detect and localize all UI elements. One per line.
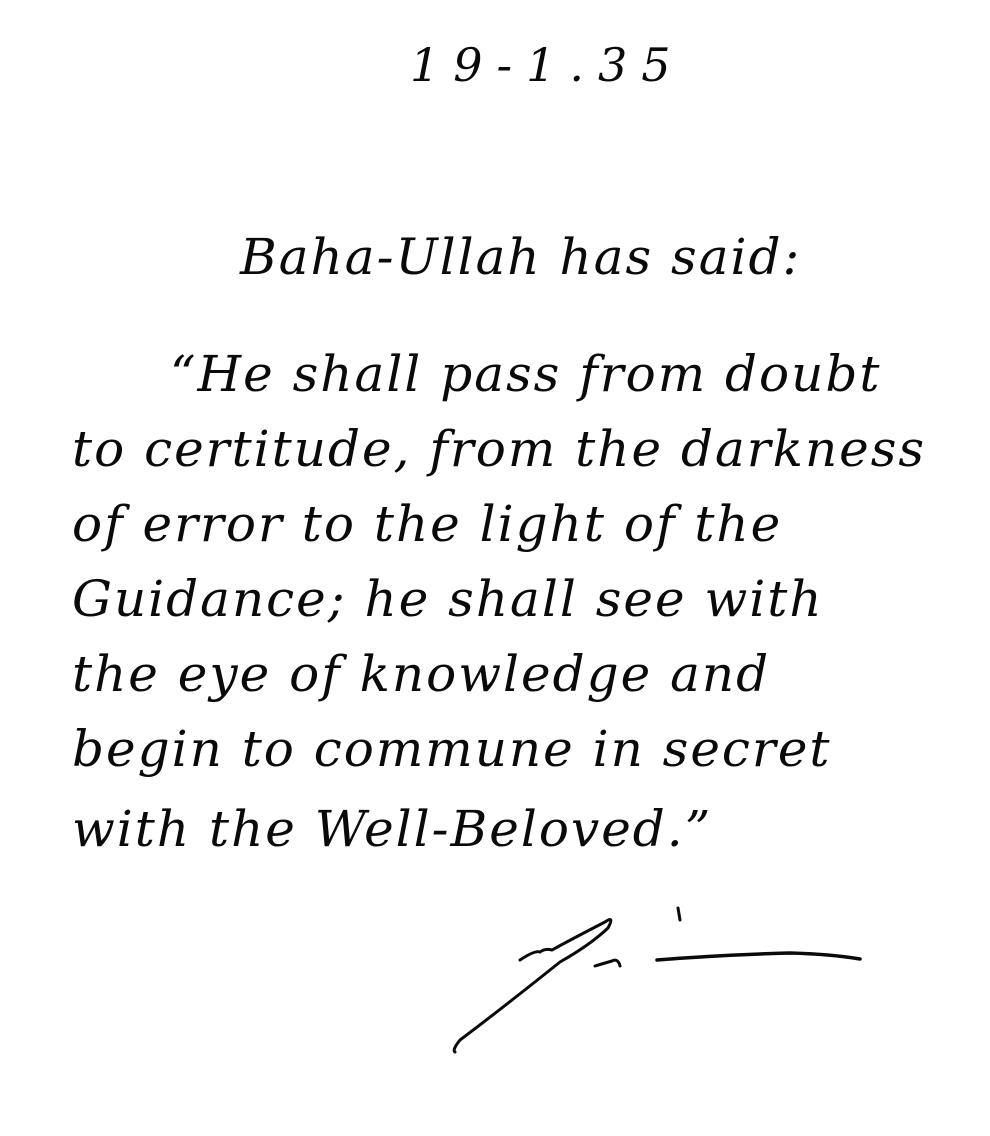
quote-line-5: the eye of knowledge and <box>72 645 770 703</box>
quote-line-3: of error to the light of the <box>72 495 782 553</box>
signature-icon <box>440 900 880 1070</box>
quote-line-2: to certitude, from the darkness <box>72 420 926 478</box>
handwritten-letter-page: 19-1.35 Baha-Ullah has said: “He shall p… <box>0 0 990 1136</box>
quote-line-4: Guidance; he shall see with <box>72 570 824 628</box>
letter-date: 19-1.35 <box>410 38 685 92</box>
quote-line-6: begin to commune in secret <box>72 720 832 778</box>
salutation: Baha-Ullah has said: <box>240 228 801 286</box>
quote-line-7: with the Well-Beloved.” <box>72 800 712 858</box>
quote-line-1: “He shall pass from doubt <box>170 345 881 403</box>
